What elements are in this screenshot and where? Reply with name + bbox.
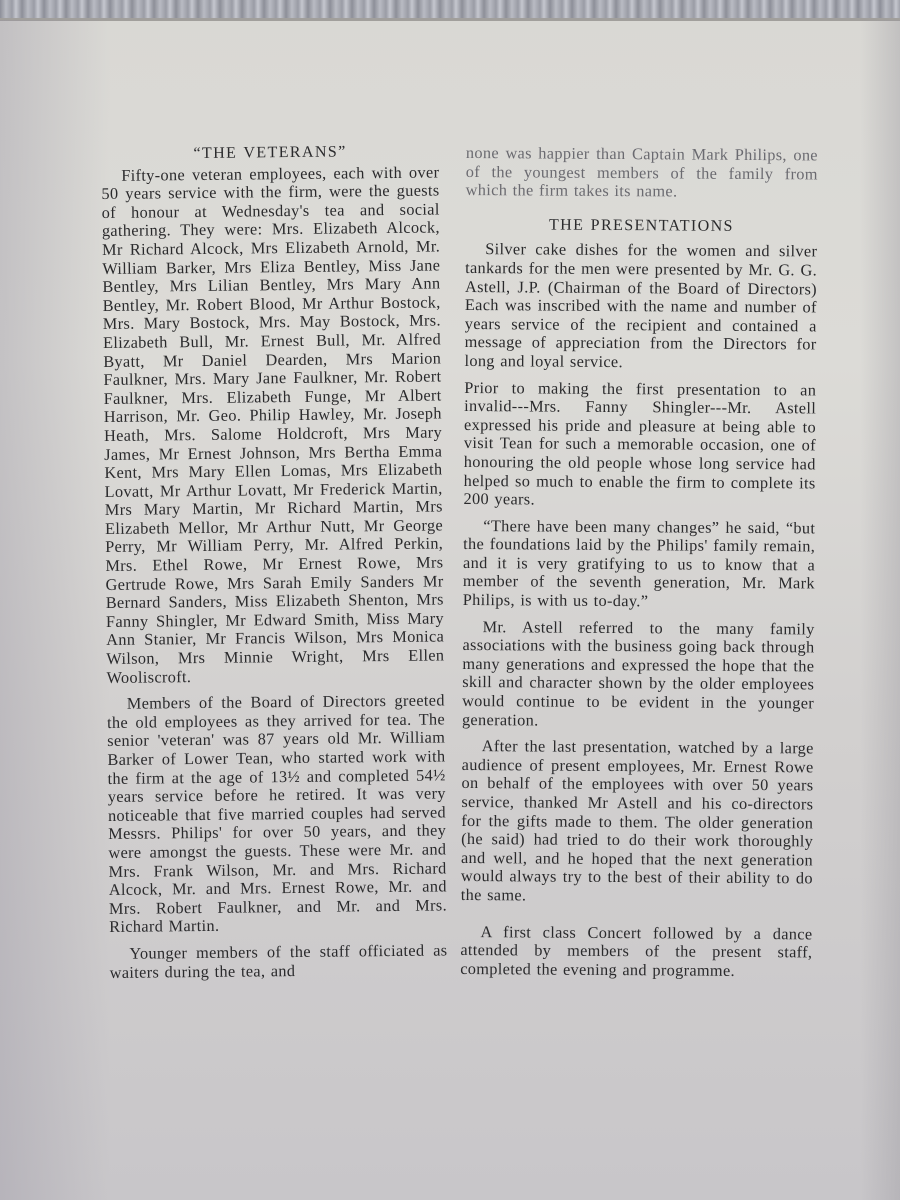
album-border-strip xyxy=(0,0,900,21)
concert-paragraph: A first class Concert followed by a danc… xyxy=(460,923,812,981)
left-column: “THE VETERANS” Fifty-one veteran employe… xyxy=(101,142,448,990)
first-presentation-paragraph: Prior to making the first presentation t… xyxy=(463,379,816,512)
presentations-heading: THE PRESENTATIONS xyxy=(465,216,817,237)
family-associations-paragraph: Mr. Astell referred to the many family a… xyxy=(462,618,815,732)
quote-paragraph: “There have been many changes” he said, … xyxy=(463,517,816,612)
gifts-paragraph: Silver cake dishes for the women and sil… xyxy=(464,240,817,373)
page-shadow-right xyxy=(860,20,900,1200)
waiters-paragraph: Younger members of the staff officiated … xyxy=(109,941,447,982)
thanks-paragraph: After the last presentation, watched by … xyxy=(461,737,814,907)
page-shadow-left xyxy=(0,20,110,1200)
veterans-list-paragraph: Fifty-one veteran employees, each with o… xyxy=(101,163,444,687)
right-column: none was happier than Captain Mark Phili… xyxy=(460,144,818,989)
board-greeting-paragraph: Members of the Board of Directors greete… xyxy=(107,692,448,937)
veterans-heading: “THE VETERANS” xyxy=(101,142,439,164)
continuation-paragraph: none was happier than Captain Mark Phili… xyxy=(466,144,818,202)
